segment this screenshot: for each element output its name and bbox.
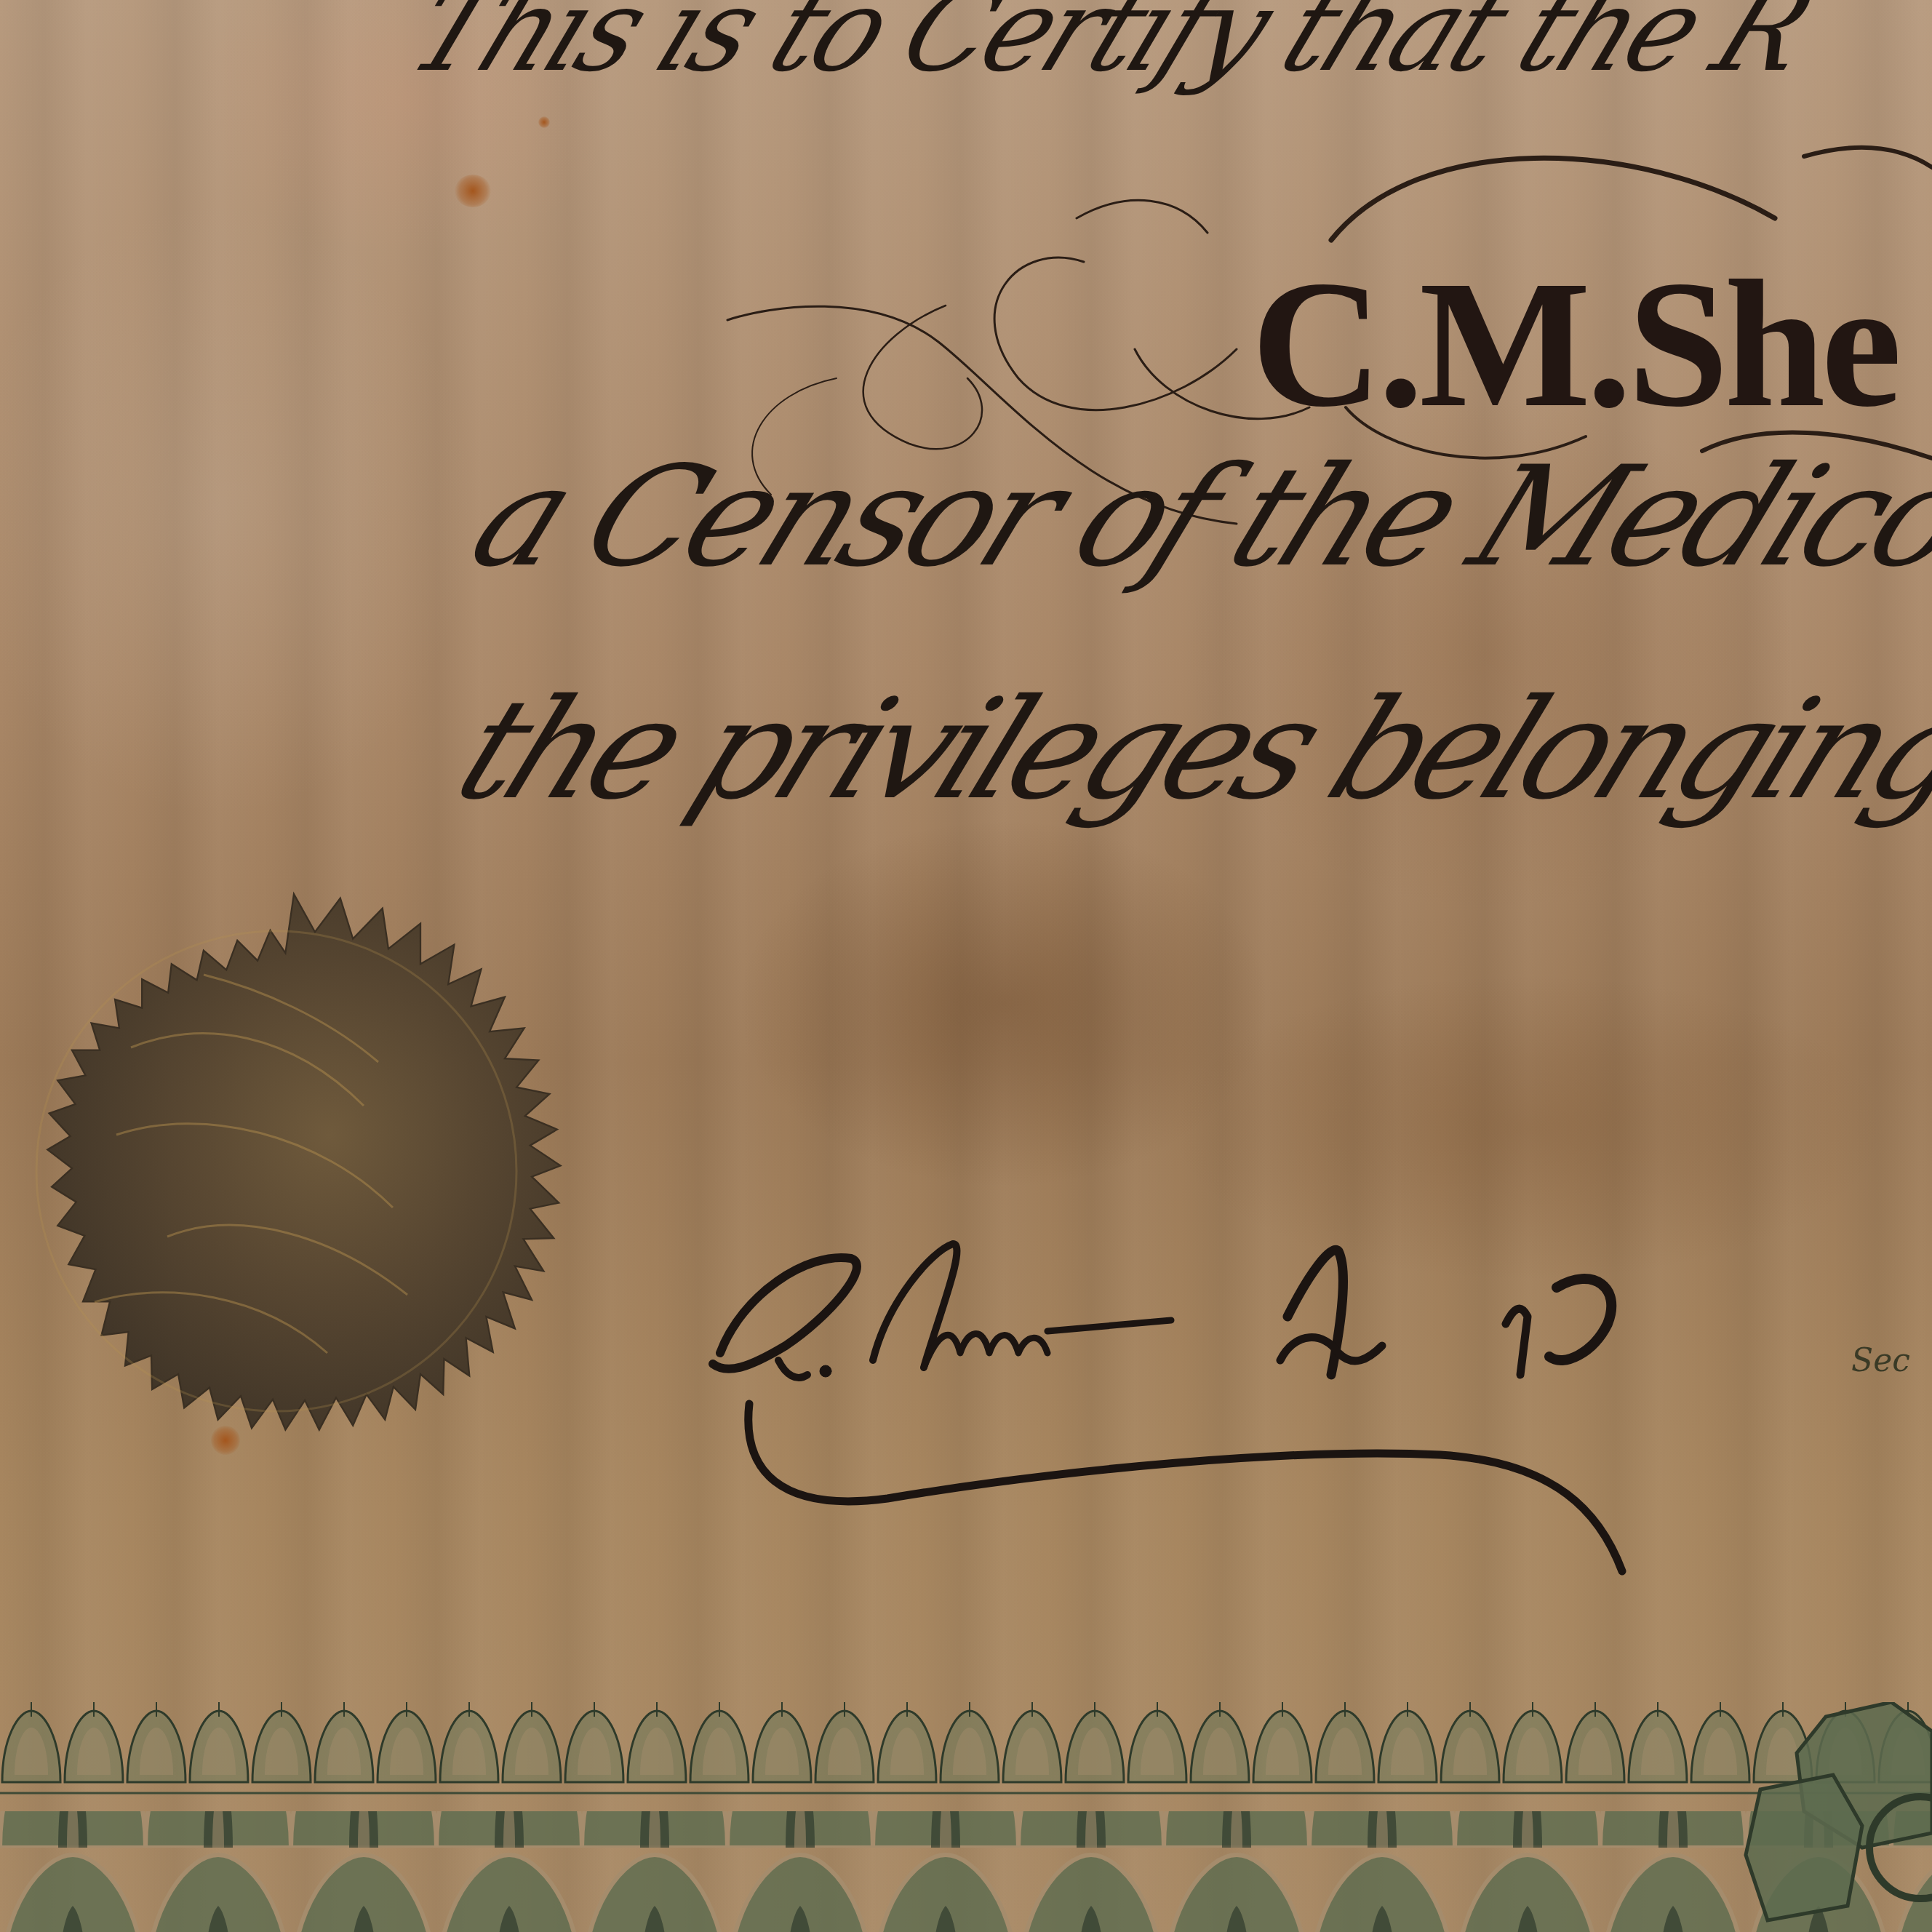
guilloche-border	[0, 1702, 1932, 1932]
censor-line: a Censor of the Medico-Ch	[451, 436, 1932, 597]
rust-stain	[455, 175, 491, 207]
signature	[698, 1207, 1862, 1586]
rust-stain	[538, 116, 550, 128]
recipient-name: C.M.She	[1251, 240, 1898, 450]
certify-line: This is to Certify that the R	[393, 0, 1827, 97]
privileges-line: the privileges belonging ther	[436, 669, 1932, 830]
secretary-label: Sec	[1851, 1342, 1910, 1379]
gold-seal-icon	[0, 829, 582, 1469]
